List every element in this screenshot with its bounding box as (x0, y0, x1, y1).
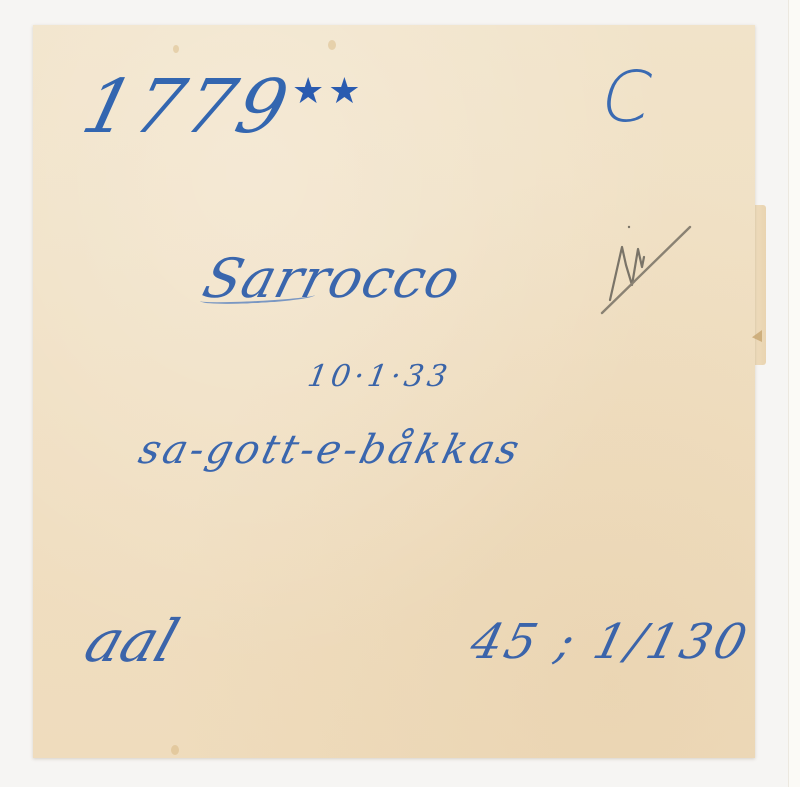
phrase: sa-gott-e-båkkas (135, 430, 526, 470)
paper-stain (328, 40, 336, 50)
date: 10·1·33 (305, 362, 453, 392)
backdrop-sheet (788, 0, 800, 787)
ratio-note: 45 ; 1/130 (466, 618, 754, 666)
surname: Sarrocco (198, 252, 467, 306)
catalog-number: 1779 (76, 70, 299, 144)
star-icons: ★★ (292, 74, 365, 110)
pencil-signature-mark (592, 205, 702, 325)
paper-stain (173, 45, 179, 53)
paper-stain (171, 745, 179, 755)
